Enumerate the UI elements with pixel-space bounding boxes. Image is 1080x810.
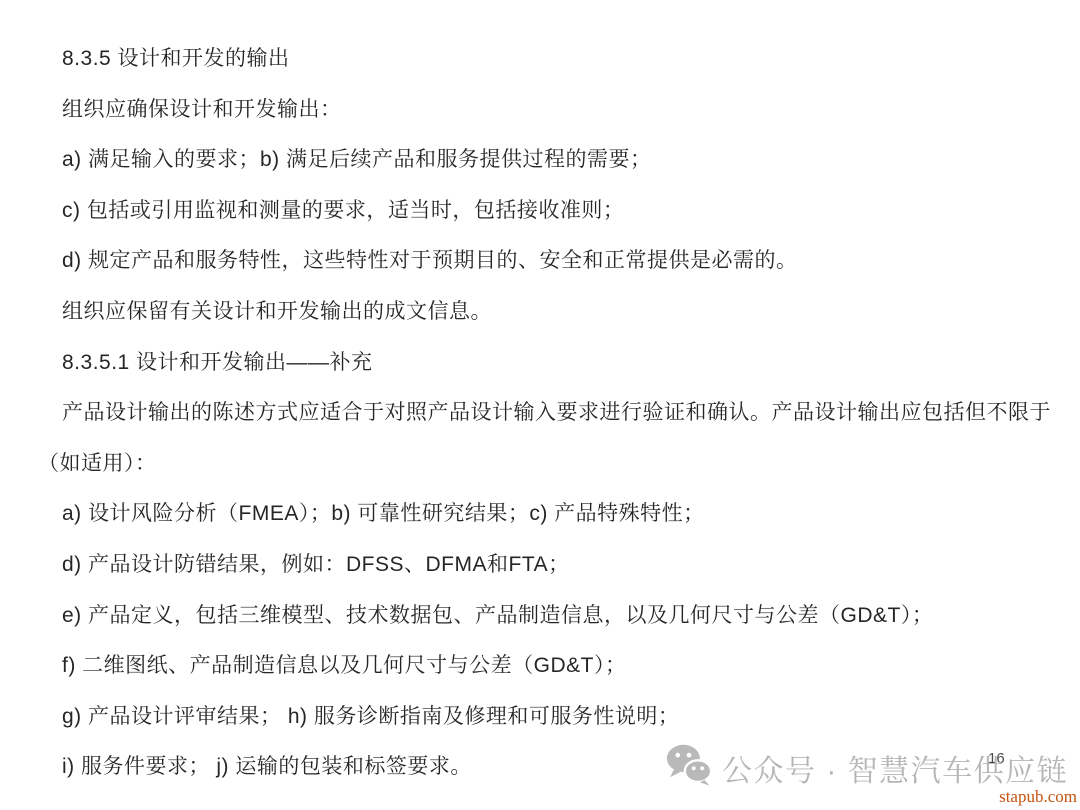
list-item: g) 产品设计评审结果； h) 服务诊断指南及修理和可服务性说明；: [38, 692, 1070, 743]
list-item: d) 规定产品和服务特性，这些特性对于预期目的、安全和正常提供是必需的。: [38, 236, 1070, 287]
paragraph: 组织应保留有关设计和开发输出的成文信息。: [38, 287, 1070, 338]
page-number: 16: [988, 750, 1005, 767]
subsection-heading: 8.3.5.1 设计和开发输出——补充: [38, 338, 1070, 389]
list-item: e) 产品定义，包括三维模型、技术数据包、产品制造信息，以及几何尺寸与公差（GD…: [38, 591, 1070, 642]
document-body: 8.3.5 设计和开发的输出 组织应确保设计和开发输出： a) 满足输入的要求；…: [38, 34, 1070, 793]
paragraph: 产品设计输出的陈述方式应适合于对照产品设计输入要求进行验证和确认。产品设计输出应…: [38, 388, 1070, 439]
list-item: f) 二维图纸、产品制造信息以及几何尺寸与公差（GD&T）；: [38, 641, 1070, 692]
list-item: a) 设计风险分析（FMEA）；b) 可靠性研究结果；c) 产品特殊特性；: [38, 489, 1070, 540]
paragraph: 组织应确保设计和开发输出：: [38, 85, 1070, 136]
document-page: { "document": { "lines": [ { "text": "8.…: [0, 0, 1080, 810]
paragraph-continuation: （如适用）：: [38, 439, 1070, 490]
site-url-watermark: stapub.com: [999, 787, 1077, 807]
list-item: d) 产品设计防错结果，例如：DFSS、DFMA和FTA；: [38, 540, 1070, 591]
list-item: i) 服务件要求； j) 运输的包装和标签要求。: [38, 742, 1070, 793]
section-heading: 8.3.5 设计和开发的输出: [38, 34, 1070, 85]
list-item: c) 包括或引用监视和测量的要求，适当时，包括接收准则；: [38, 186, 1070, 237]
list-item: a) 满足输入的要求；b) 满足后续产品和服务提供过程的需要；: [38, 135, 1070, 186]
